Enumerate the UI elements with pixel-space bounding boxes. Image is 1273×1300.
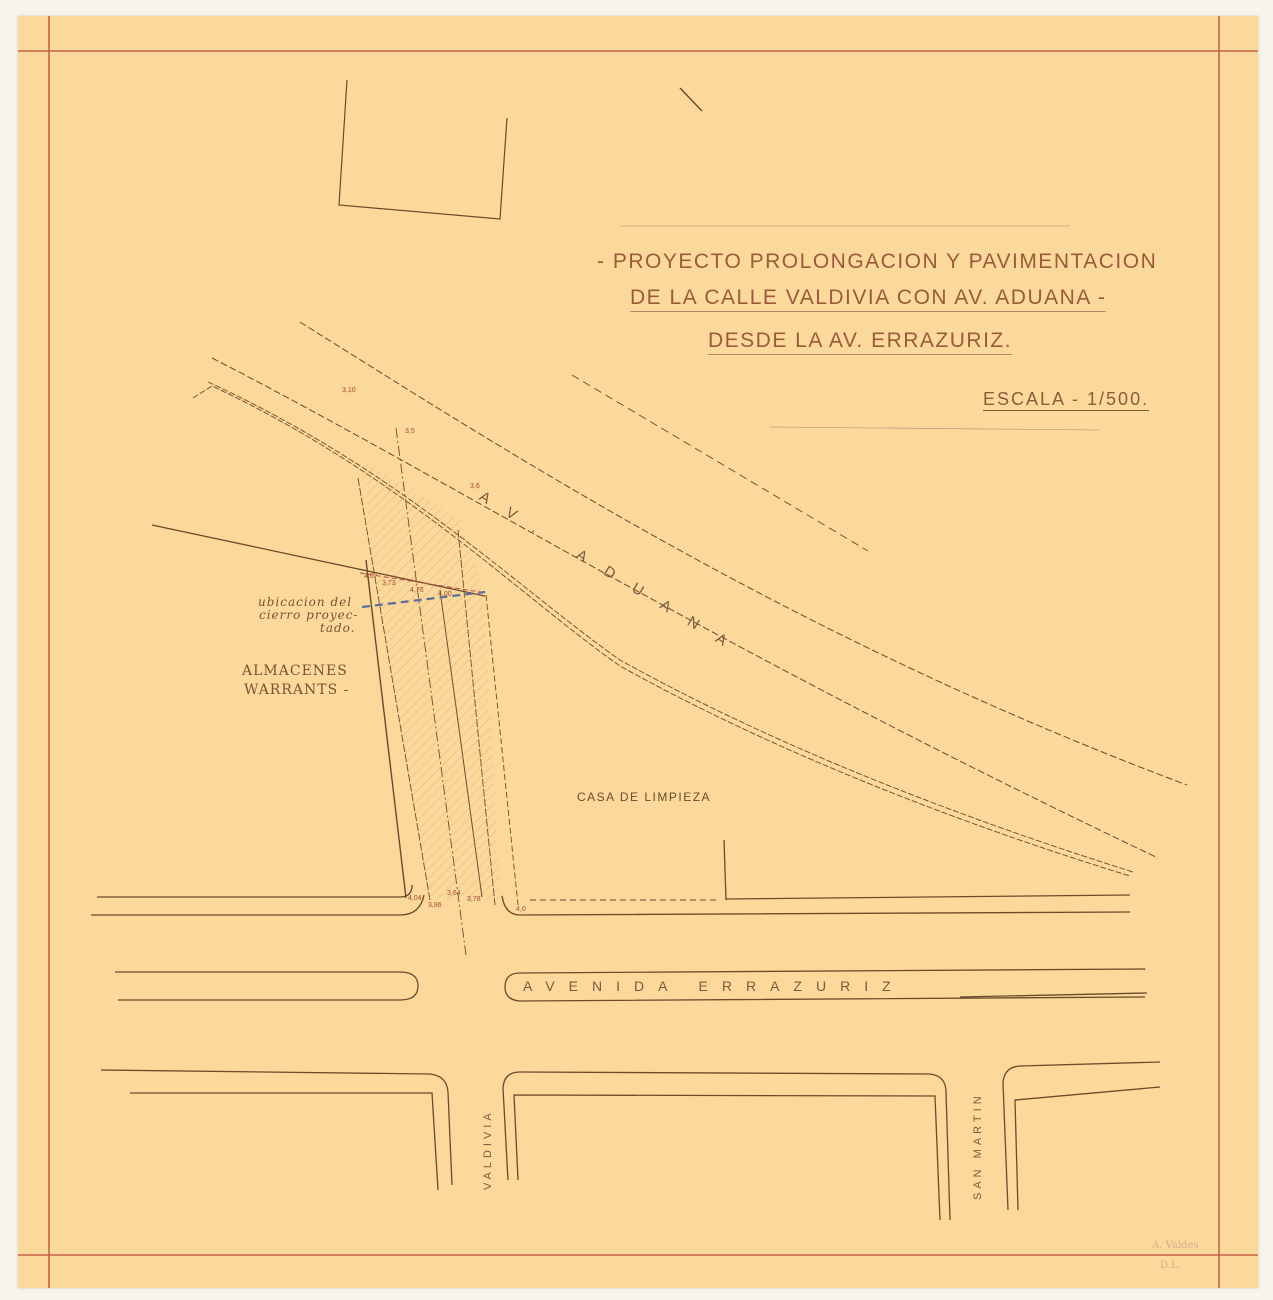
place-almacenes-line-2: WARRANTS -: [244, 684, 349, 697]
north-arrow: [680, 88, 702, 111]
stamp-line-1: A. Valdes: [1152, 1240, 1199, 1251]
street-label-av-errazuriz: AVENIDA ERRAZURIZ: [523, 978, 905, 994]
level-mark: 3,86: [428, 902, 442, 909]
south-block-middle: [503, 1072, 950, 1220]
errazuriz-north-edge-east: [502, 896, 1130, 915]
level-mark: 4,07: [364, 573, 378, 580]
red-border-frame: [18, 16, 1258, 1288]
level-mark: 3,73: [382, 580, 396, 587]
level-mark: 4,76: [410, 587, 424, 594]
dashed-boundary: [572, 375, 868, 551]
level-mark: 3,78: [467, 896, 481, 903]
level-mark: 3,10: [342, 387, 356, 394]
note-projected-wall-3: tado.: [320, 622, 356, 635]
level-mark: 4,0: [516, 906, 526, 913]
widening-hatch-area: [364, 460, 500, 900]
place-casa-limpieza: CASA DE LIMPIEZA: [577, 790, 711, 804]
title-line-1: - PROYECTO PROLONGACION Y PAVIMENTACION: [597, 250, 1157, 275]
street-label-valdivia: VALDIVIA: [482, 1109, 494, 1190]
title-line-3: DESDE LA AV. ERRAZURIZ.: [708, 329, 1012, 355]
south-block-west: [101, 1070, 452, 1185]
street-label-san-martin: SAN MARTIN: [972, 1092, 984, 1200]
errazuriz-north-edge-west: [97, 885, 412, 897]
level-mark: 3,64: [447, 890, 461, 897]
stamp-line-2: D.L.: [1160, 1260, 1181, 1271]
scale-label: ESCALA - 1/500.: [983, 389, 1149, 411]
title-line-2: DE LA CALLE VALDIVIA CON AV. ADUANA -: [630, 286, 1106, 312]
south-block-east: [1003, 1062, 1160, 1210]
building-outline: [339, 80, 507, 219]
place-almacenes-line-1: ALMACENES: [242, 665, 348, 678]
median-west: [115, 972, 418, 1000]
level-mark: 4,04: [408, 895, 422, 902]
site-plan-drawing: [0, 0, 1273, 1300]
level-mark: 3,6: [470, 483, 480, 490]
level-mark: 3,5: [405, 428, 415, 435]
level-mark: 4,00: [438, 591, 452, 598]
